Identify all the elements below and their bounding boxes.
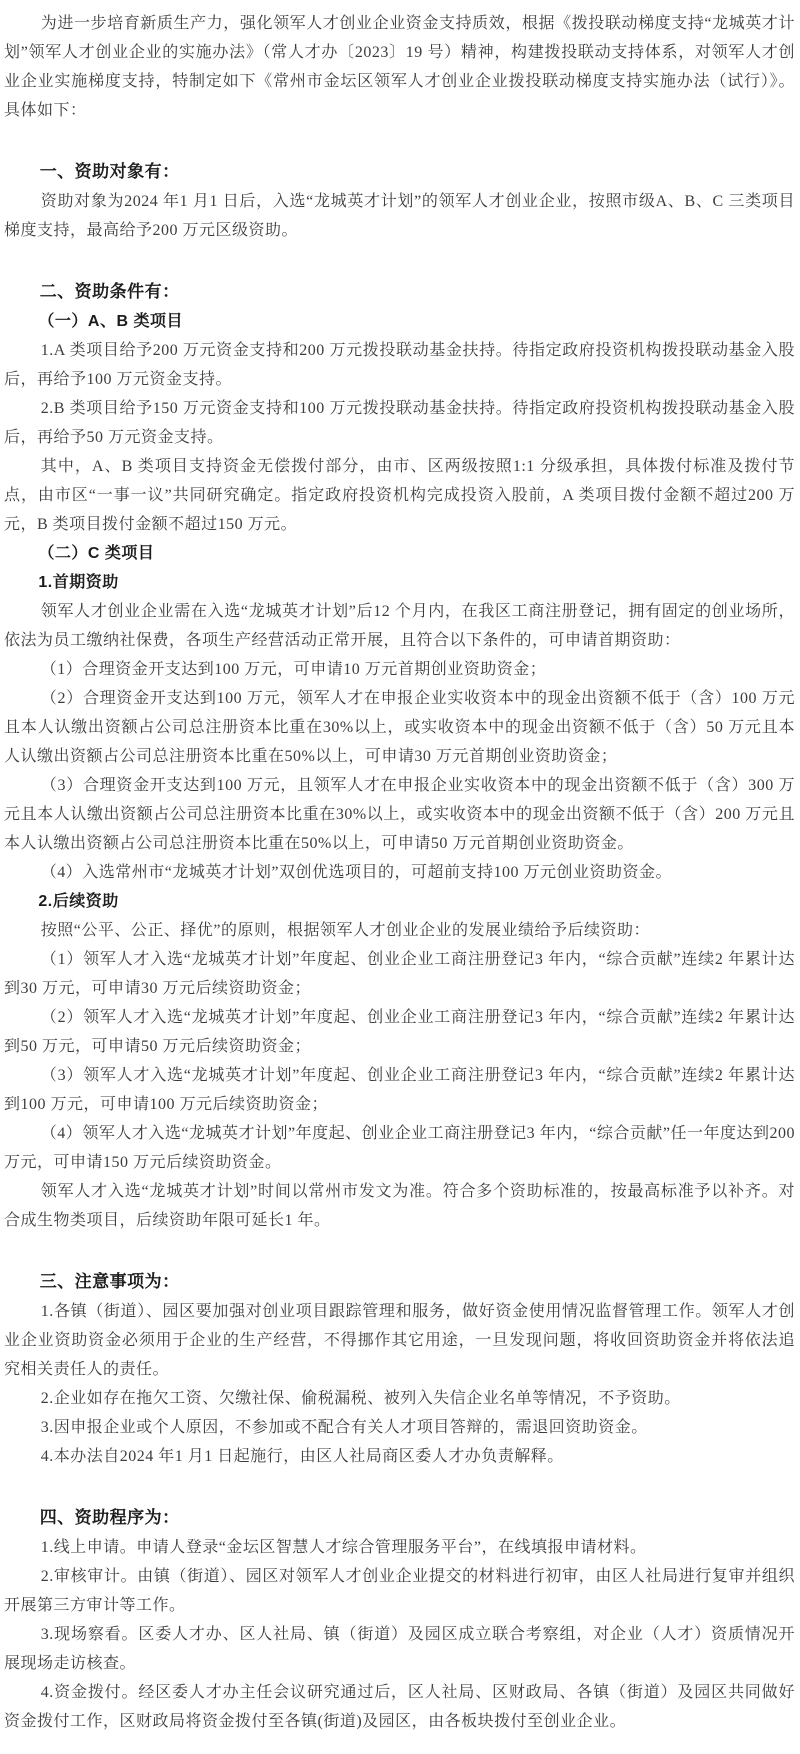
subheading-initial-funding: 1.首期资助 (4, 568, 795, 597)
paragraph: 1.各镇（街道）、园区要加强对创业项目跟踪管理和服务，做好资金使用情况监督管理工… (4, 1297, 795, 1384)
paragraph: 资助对象为2024 年1 月1 日后，入选“龙城英才计划”的领军人才创业企业，按… (4, 187, 795, 245)
paragraph: （2）合理资金开支达到100 万元，领军人才在申报企业实收资本中的现金出资额不低… (4, 684, 795, 771)
paragraph: 2.审核审计。由镇（街道）、园区对领军人才创业企业提交的材料进行初审，由区人社局… (4, 1562, 795, 1620)
intro-paragraph: 为进一步培育新质生产力，强化领军人才创业企业资金支持质效，根据《拨投联动梯度支持… (4, 9, 795, 125)
paragraph: 3.现场察看。区委人才办、区人社局、镇（街道）及园区成立联合考察组，对企业（人才… (4, 1620, 795, 1678)
subheading-followup-funding: 2.后续资助 (4, 887, 795, 916)
paragraph: 领军人才创业企业需在入选“龙城英才计划”后12 个月内，在我区工商注册登记，拥有… (4, 597, 795, 655)
paragraph: 领军人才入选“龙城英才计划”时间以常州市发文为准。符合多个资助标准的，按最高标准… (4, 1177, 795, 1235)
paragraph: 4.本办法自2024 年1 月1 日起施行，由区人社局商区委人才办负责解释。 (4, 1442, 795, 1471)
paragraph: （4）领军人才入选“龙城英才计划”年度起、创业企业工商注册登记3 年内，“综合贡… (4, 1119, 795, 1177)
section-heading-funding-conditions: 二、资助条件有： (4, 276, 795, 307)
paragraph: 1.线上申请。申请人登录“金坛区智慧人才综合管理服务平台”，在线填报申请材料。 (4, 1533, 795, 1562)
subheading-ab-projects: （一）A、B 类项目 (4, 307, 795, 336)
paragraph: 3.因申报企业或个人原因，不参加或不配合有关人才项目答辩的，需退回资助资金。 (4, 1413, 795, 1442)
subheading-c-projects: （二）C 类项目 (4, 539, 795, 568)
paragraph: （1）领军人才入选“龙城英才计划”年度起、创业企业工商注册登记3 年内，“综合贡… (4, 945, 795, 1003)
policy-document: 为进一步培育新质生产力，强化领军人才创业企业资金支持质效，根据《拨投联动梯度支持… (0, 0, 800, 1754)
paragraph: 按照“公平、公正、择优”的原则，根据领军人才创业企业的发展业绩给予后续资助： (4, 916, 795, 945)
section-heading-funding-targets: 一、资助对象有： (4, 156, 795, 187)
paragraph: （3）合理资金开支达到100 万元，且领军人才在申报企业实收资本中的现金出资额不… (4, 771, 795, 858)
paragraph: 4.资金拨付。经区委人才办主任会议研究通过后，区人社局、区财政局、各镇（街道）及… (4, 1678, 795, 1736)
section-heading-procedure: 四、资助程序为： (4, 1502, 795, 1533)
paragraph: （1）合理资金开支达到100 万元，可申请10 万元首期创业资助资金； (4, 655, 795, 684)
paragraph: （2）领军人才入选“龙城英才计划”年度起、创业企业工商注册登记3 年内，“综合贡… (4, 1003, 795, 1061)
paragraph: 其中，A、B 类项目支持资金无偿拨付部分，由市、区两级按照1:1 分级承担，具体… (4, 452, 795, 539)
paragraph: （4）入选常州市“龙城英才计划”双创优选项目的，可超前支持100 万元创业资助资… (4, 858, 795, 887)
paragraph: 1.A 类项目给予200 万元资金支持和200 万元拨投联动基金扶持。待指定政府… (4, 336, 795, 394)
section-heading-notes: 三、注意事项为： (4, 1266, 795, 1297)
paragraph: 2.企业如存在拖欠工资、欠缴社保、偷税漏税、被列入失信企业名单等情况，不予资助。 (4, 1384, 795, 1413)
paragraph: 2.B 类项目给予150 万元资金支持和100 万元拨投联动基金扶持。待指定政府… (4, 394, 795, 452)
paragraph: （3）领军人才入选“龙城英才计划”年度起、创业企业工商注册登记3 年内，“综合贡… (4, 1061, 795, 1119)
